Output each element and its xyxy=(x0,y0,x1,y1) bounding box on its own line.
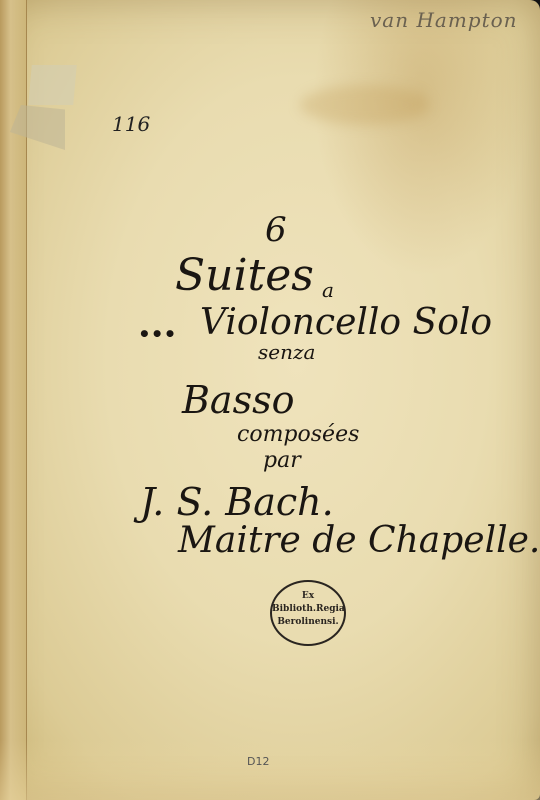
stamp-line-3: Berolinensi. xyxy=(272,616,344,629)
title-violoncello: Violoncello Solo xyxy=(200,302,492,343)
catalog-mark: D12 xyxy=(247,755,269,768)
ornament-dots: ••• xyxy=(138,322,176,346)
shelf-number: 116 xyxy=(112,112,150,136)
water-stain xyxy=(300,85,430,125)
title-par: par xyxy=(263,448,301,473)
stamp-line-2: Biblioth.Regia xyxy=(272,603,344,616)
repair-tape xyxy=(28,65,76,105)
title-number: 6 xyxy=(265,210,287,250)
title-suites: Suites xyxy=(175,250,314,301)
library-stamp: Ex Biblioth.Regia Berolinensi. xyxy=(270,580,346,646)
owner-signature: van Hampton xyxy=(370,8,518,32)
title-senza: senza xyxy=(258,340,315,364)
page-fold xyxy=(0,740,540,800)
title-basso: Basso xyxy=(182,378,294,422)
title-a: a xyxy=(322,278,334,302)
stamp-line-1: Ex xyxy=(272,590,344,603)
title-composees: composées xyxy=(237,422,359,447)
composer-name: J. S. Bach. xyxy=(140,480,334,524)
composer-title: Maitre de Chapelle. xyxy=(178,520,540,561)
